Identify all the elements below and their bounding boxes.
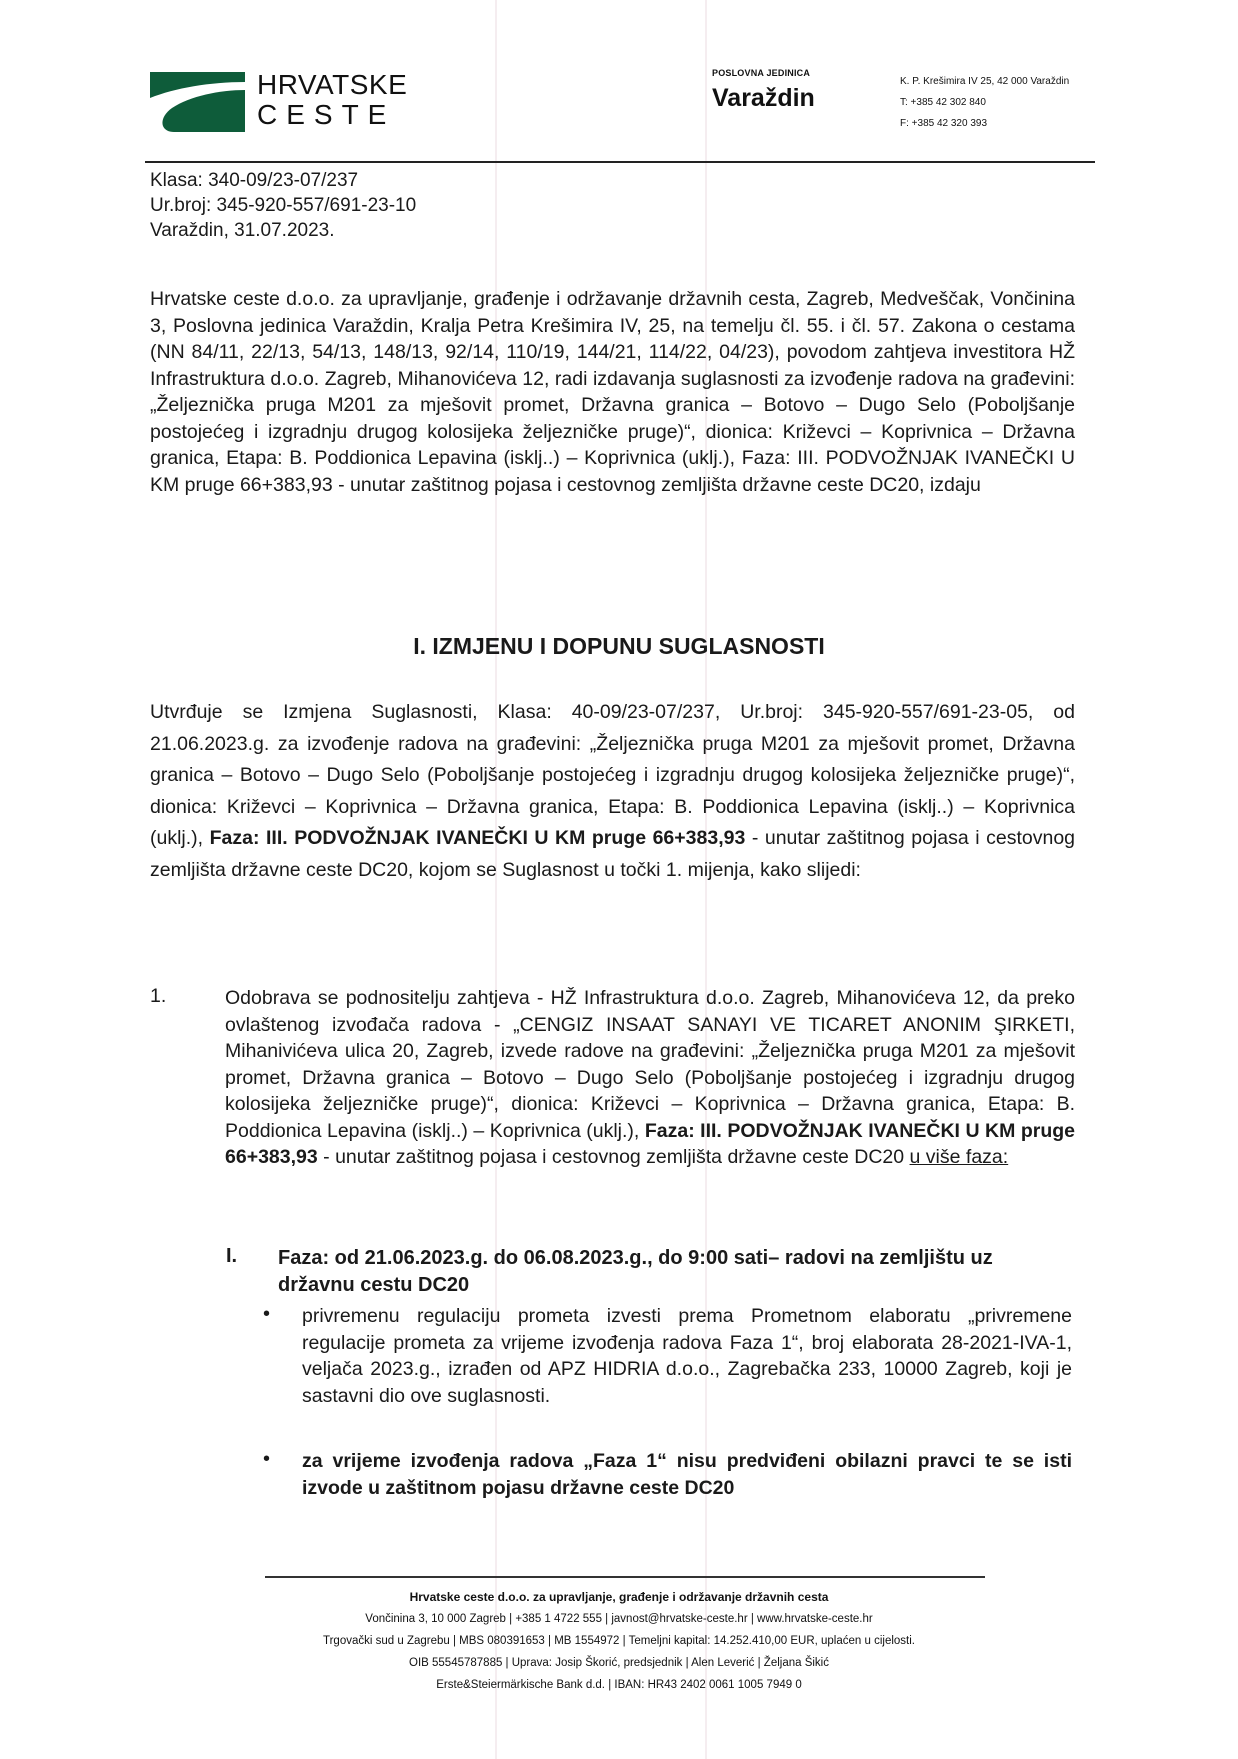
document-title: I. IZMJENU I DOPUNU SUGLASNOSTI [0,633,1238,660]
document-page: HRVATSKE CESTE POSLOVNA JEDINICA Varaždi… [0,0,1238,1759]
road-logo-icon [150,68,250,132]
footer-divider [265,1576,985,1578]
footer: Hrvatske ceste d.o.o. za upravljanje, gr… [0,1586,1238,1696]
intro-paragraph: Hrvatske ceste d.o.o. za upravljanje, gr… [150,286,1075,498]
business-unit: POSLOVNA JEDINICA Varaždin [712,68,815,113]
header-divider [145,161,1095,163]
decision-bold-text: Faza: III. PODVOŽNJAK IVANEČKI U KM prug… [210,827,746,849]
item-1-text: Odobrava se podnositelju zahtjeva - HŽ I… [225,987,1075,1142]
place-date: Varaždin, 31.07.2023. [150,218,416,243]
unit-city: Varaždin [712,84,815,113]
logo-line-1: HRVATSKE [257,70,407,100]
contact-fax: F: +385 42 320 393 [900,113,1069,134]
footer-management-line: OIB 55545787885 | Uprava: Josip Škorić, … [0,1652,1238,1674]
urbroj: Ur.broj: 345-920-557/691-23-10 [150,193,416,218]
footer-bank-line: Erste&Steiermärkische Bank d.d. | IBAN: … [0,1674,1238,1696]
hrvatske-ceste-logo: HRVATSKE CESTE [150,68,400,134]
unit-label: POSLOVNA JEDINICA [712,68,815,78]
decision-paragraph: Utvrđuje se Izmjena Suglasnosti, Klasa: … [150,697,1075,886]
klasa: Klasa: 340-09/23-07/237 [150,168,416,193]
footer-contact-line: Vončinina 3, 10 000 Zagreb | +385 1 4722… [0,1608,1238,1630]
item-1-paragraph: Odobrava se podnositelju zahtjeva - HŽ I… [225,985,1075,1171]
phase-bullet: privremenu regulaciju prometa izvesti pr… [302,1303,1072,1409]
bullet-icon: • [263,1448,270,1471]
bullet-icon: • [263,1303,270,1326]
contact-phone: T: +385 42 302 840 [900,92,1069,113]
item-1-underlined-text: u više faza: [910,1146,1009,1168]
phase-title: Faza: od 21.06.2023.g. do 06.08.2023.g.,… [278,1245,1058,1298]
item-1-text-end: - unutar zaštitnog pojasa i cestovnog ze… [318,1146,910,1168]
unit-contact: K. P. Krešimira IV 25, 42 000 Varaždin T… [900,71,1069,134]
item-number: 1. [150,985,166,1008]
logo-wordmark: HRVATSKE CESTE [257,70,407,130]
document-meta: Klasa: 340-09/23-07/237 Ur.broj: 345-920… [150,168,416,243]
logo-line-2: CESTE [257,100,407,130]
contact-address: K. P. Krešimira IV 25, 42 000 Varaždin [900,71,1069,92]
footer-registry-line: Trgovački sud u Zagrebu | MBS 080391653 … [0,1630,1238,1652]
phase-number: I. [226,1245,237,1268]
phase-bullet: za vrijeme izvođenja radova „Faza 1“ nis… [302,1448,1072,1501]
footer-company: Hrvatske ceste d.o.o. za upravljanje, gr… [0,1586,1238,1608]
